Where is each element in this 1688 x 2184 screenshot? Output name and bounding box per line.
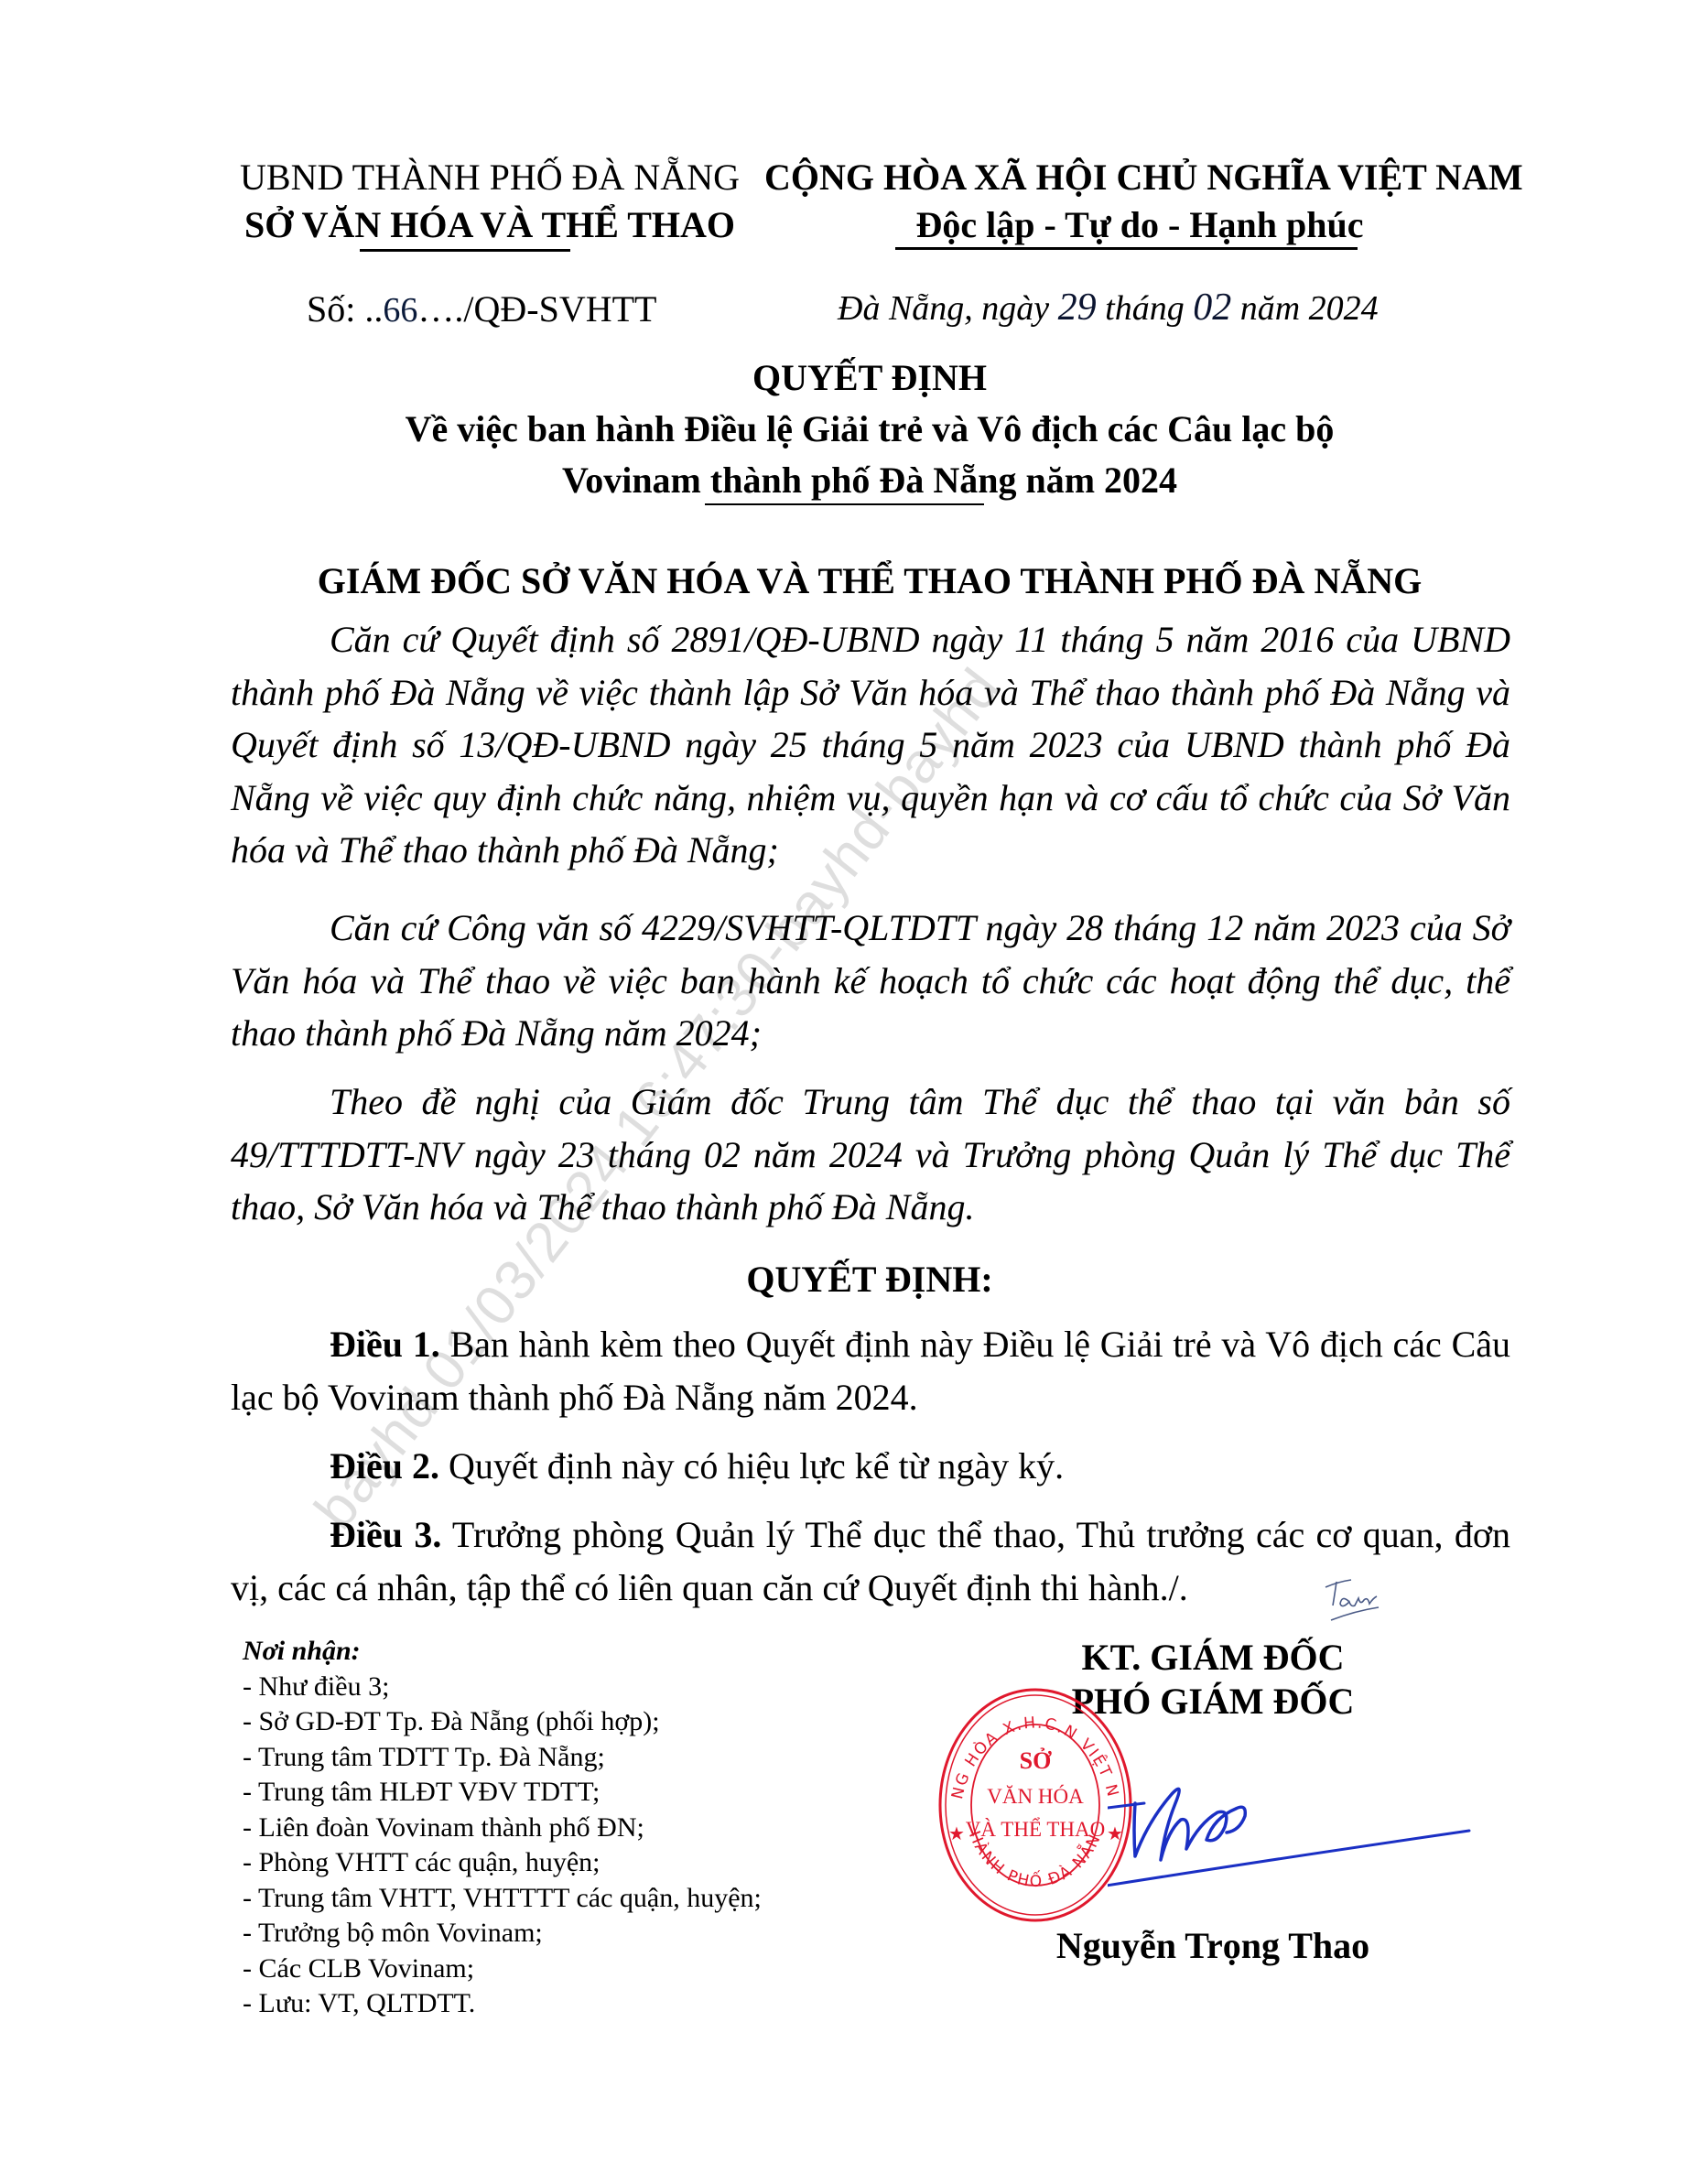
- handwritten-signature: [1108, 1776, 1474, 1913]
- recipient-item: - Trung tâm TDTT Tp. Đà Nẵng;: [243, 1740, 762, 1776]
- recipient-item: - Trung tâm HLĐT VĐV TDTT;: [243, 1775, 762, 1811]
- title-subject-line2: Vovinam thành phố Đà Nẵng năm 2024: [229, 455, 1510, 506]
- svg-text:VÀ THỂ THAO: VÀ THỂ THAO: [966, 1817, 1105, 1841]
- preamble-3: Theo đề nghị của Giám đốc Trung tâm Thể …: [231, 1076, 1510, 1234]
- national-heading: CỘNG HÒA XÃ HỘI CHỦ NGHĨA VIỆT NAM Độc l…: [764, 154, 1515, 249]
- number-prefix: Số: ..: [307, 288, 383, 330]
- svg-text:★: ★: [948, 1824, 965, 1844]
- agency-name: SỞ VĂN HÓA VÀ THỂ THAO: [233, 201, 746, 249]
- parent-agency: UBND THÀNH PHỐ ĐÀ NẴNG: [233, 154, 746, 201]
- official-stamp-icon: CỘNG HÒA X.H.C.N VIỆT NAM THÀNH PHỐ ĐÀ N…: [934, 1677, 1135, 1924]
- svg-text:SỞ: SỞ: [1020, 1747, 1052, 1774]
- issuing-authority: GIÁM ĐỐC SỞ VĂN HÓA VÀ THỂ THAO THÀNH PH…: [229, 556, 1510, 607]
- number-suffix: …./QĐ-SVHTT: [417, 288, 656, 330]
- title-main: QUYẾT ĐỊNH: [229, 352, 1510, 404]
- signature-line1: KT. GIÁM ĐỐC: [998, 1636, 1428, 1680]
- initial-mark: [1318, 1574, 1410, 1629]
- recipient-item: - Phòng VHTT các quận, huyện;: [243, 1845, 762, 1881]
- date-year: năm 2024: [1240, 289, 1379, 328]
- recipient-item: - Lưu: VT, QLTDTT.: [243, 1986, 762, 2022]
- issuing-agency: UBND THÀNH PHỐ ĐÀ NẴNG SỞ VĂN HÓA VÀ THỂ…: [233, 154, 746, 249]
- article-3-label: Điều 3.: [330, 1514, 441, 1555]
- recipients-label: Nơi nhận:: [243, 1634, 762, 1670]
- article-1: Điều 1. Ban hành kèm theo Quyết định này…: [231, 1318, 1510, 1423]
- signer-name: Nguyễn Trọng Thao: [998, 1924, 1428, 1968]
- handwritten-number: 66: [383, 291, 417, 330]
- svg-text:VĂN HÓA: VĂN HÓA: [987, 1784, 1084, 1808]
- article-2-text: Quyết định này có hiệu lực kể từ ngày ký…: [439, 1445, 1064, 1487]
- preamble-2: Căn cứ Công văn số 4229/SVHTT-QLTDTT ngà…: [231, 902, 1510, 1060]
- article-1-label: Điều 1.: [330, 1324, 440, 1365]
- recipient-item: - Như điều 3;: [243, 1670, 762, 1705]
- recipient-item: - Các CLB Vovinam;: [243, 1952, 762, 1987]
- date-month-label: tháng: [1105, 289, 1185, 328]
- recipient-item: - Trung tâm VHTT, VHTTTT các quận, huyện…: [243, 1881, 762, 1917]
- article-2-label: Điều 2.: [330, 1445, 439, 1487]
- date-place: Đà Nẵng, ngày: [838, 289, 1049, 328]
- motto-underline: [895, 247, 1358, 250]
- title-underline: [705, 503, 984, 505]
- agency-underline: [360, 249, 570, 252]
- issue-date: Đà Nẵng, ngày 29 tháng 02 năm 2024: [838, 284, 1379, 332]
- document-page: bayhd 01/03/2024 16:47:30-bayhd-bayhd UB…: [0, 0, 1688, 2184]
- document-title: QUYẾT ĐỊNH Về việc ban hành Điều lệ Giải…: [229, 352, 1510, 506]
- date-month: 02: [1193, 287, 1231, 329]
- recipient-item: - Sở GD-ĐT Tp. Đà Nẵng (phối hợp);: [243, 1704, 762, 1740]
- recipient-item: - Liên đoàn Vovinam thành phố ĐN;: [243, 1811, 762, 1846]
- country-name: CỘNG HÒA XÃ HỘI CHỦ NGHĨA VIỆT NAM: [764, 154, 1515, 201]
- recipients-list: Nơi nhận: - Như điều 3; - Sở GD-ĐT Tp. Đ…: [243, 1634, 762, 2022]
- preamble-1: Căn cứ Quyết định số 2891/QĐ-UBND ngày 1…: [231, 613, 1510, 877]
- decision-heading: QUYẾT ĐỊNH:: [229, 1254, 1510, 1305]
- title-subject-line1: Về việc ban hành Điều lệ Giải trẻ và Vô …: [229, 404, 1510, 455]
- recipient-item: - Trưởng bộ môn Vovinam;: [243, 1916, 762, 1952]
- article-2: Điều 2. Quyết định này có hiệu lực kể từ…: [231, 1440, 1510, 1493]
- document-number: Số: ..66…./QĐ-SVHTT: [307, 286, 656, 334]
- date-day: 29: [1058, 287, 1097, 329]
- national-motto: Độc lập - Tự do - Hạnh phúc: [764, 201, 1515, 249]
